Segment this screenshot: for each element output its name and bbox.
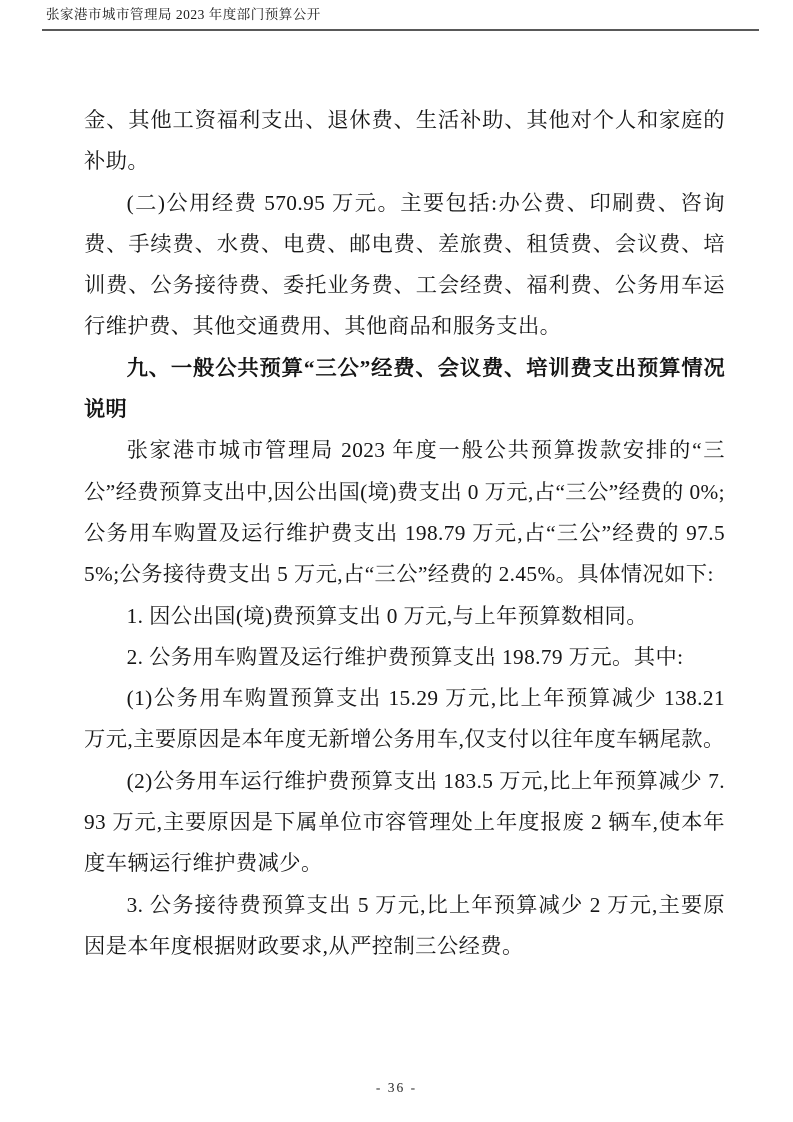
page-footer: - 36 - (0, 1080, 793, 1096)
paragraph-item-2-1-vehicle-purchase: (1)公务用车购置预算支出 15.29 万元,比上年预算减少 138.21 万元… (84, 678, 725, 761)
paragraph-item-2-2-vehicle-maintenance: (2)公务用车运行维护费预算支出 183.5 万元,比上年预算减少 7.93 万… (84, 761, 725, 885)
page-number: - 36 - (376, 1080, 417, 1095)
page-header: 张家港市城市管理局 2023 年度部门预算公开 (42, 6, 759, 31)
paragraph-item-2-vehicle-total: 2. 公务用车购置及运行维护费预算支出 198.79 万元。其中: (84, 637, 725, 678)
document-body: 金、其他工资福利支出、退休费、生活补助、其他对个人和家庭的补助。 (二)公用经费… (84, 100, 725, 967)
section-heading-three-public-expenses: 九、一般公共预算“三公”经费、会议费、培训费支出预算情况说明 (84, 348, 725, 431)
paragraph-item-1-overseas-trips: 1. 因公出国(境)费预算支出 0 万元,与上年预算数相同。 (84, 596, 725, 637)
paragraph-personnel-subsidy-continuation: 金、其他工资福利支出、退休费、生活补助、其他对个人和家庭的补助。 (84, 100, 725, 183)
paragraph-three-public-overview: 张家港市城市管理局 2023 年度一般公共预算拨款安排的“三公”经费预算支出中,… (84, 430, 725, 595)
document-page: 张家港市城市管理局 2023 年度部门预算公开 金、其他工资福利支出、退休费、生… (0, 0, 793, 1122)
paragraph-item-3-official-reception: 3. 公务接待费预算支出 5 万元,比上年预算减少 2 万元,主要原因是本年度根… (84, 885, 725, 968)
header-title: 张家港市城市管理局 2023 年度部门预算公开 (42, 7, 321, 23)
paragraph-public-funds-breakdown: (二)公用经费 570.95 万元。主要包括:办公费、印刷费、咨询费、手续费、水… (84, 183, 725, 348)
